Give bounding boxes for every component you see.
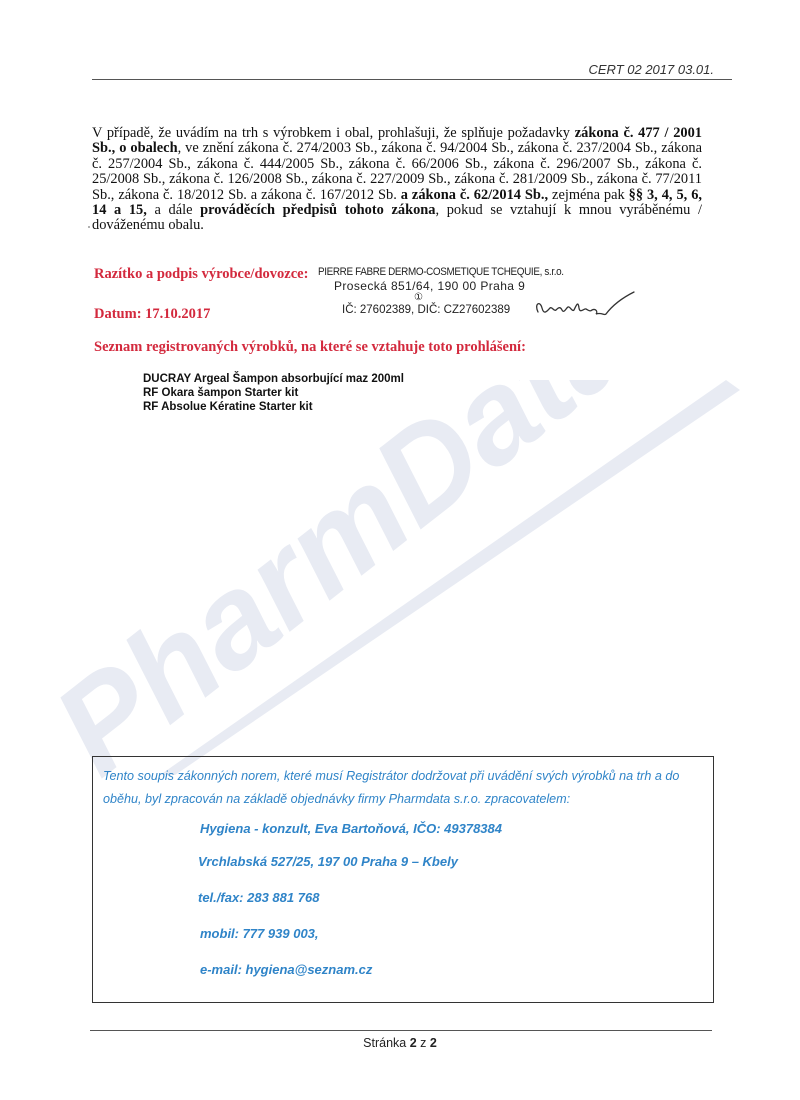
stamp-label: Razítko a podpis výrobce/dovozce: — [94, 266, 308, 283]
date-label: Datum: 17.10.2017 — [94, 306, 210, 323]
footer-rule — [90, 1030, 712, 1031]
product-item: DUCRAY Argeal Šampon absorbující maz 200… — [143, 372, 404, 386]
contact-address: Vrchlabská 527/25, 197 00 Praha 9 – Kbel… — [198, 854, 458, 869]
product-item: RF Absolue Kératine Starter kit — [143, 400, 404, 414]
product-item: RF Okara šampon Starter kit — [143, 386, 404, 400]
page-prefix: Stránka — [363, 1036, 410, 1050]
scan-speck — [88, 226, 90, 228]
declaration-seg-7: prováděcích předpisů tohoto zákona — [200, 202, 435, 218]
stamp-company: PIERRE FABRE DERMO-COSMETIQUE TCHEQUIE, … — [318, 266, 606, 278]
declaration-seg-0: V případě, že uvádím na trh s výrobkem i… — [92, 125, 575, 141]
info-intro: Tento soupis zákonných norem, které musí… — [103, 765, 708, 811]
declaration-seg-6: a dále — [147, 202, 200, 218]
declaration-seg-4: zejména pak — [548, 187, 629, 203]
page-total: 2 — [430, 1036, 437, 1050]
contact-phone: tel./fax: 283 881 768 — [198, 890, 319, 905]
page-current: 2 — [410, 1036, 417, 1050]
product-list-title: Seznam registrovaných výrobků, na které … — [94, 339, 526, 356]
processor-info-box: Tento soupis zákonných norem, které musí… — [92, 756, 714, 1003]
declaration-paragraph: V případě, že uvádím na trh s výrobkem i… — [92, 126, 702, 234]
document-code: CERT 02 2017 03.01. — [588, 62, 714, 77]
contact-mobile: mobil: 777 939 003, — [200, 926, 319, 941]
watermark-text: PharmData s. r. o. — [40, 380, 760, 780]
contact-name: Hygiena - konzult, Eva Bartoňová, IČO: 4… — [200, 821, 502, 836]
product-list: DUCRAY Argeal Šampon absorbující maz 200… — [143, 372, 404, 414]
header-rule — [92, 79, 732, 80]
page-number: Stránka 2 z 2 — [0, 1036, 800, 1050]
contact-email-link[interactable]: e-mail: hygiena@seznam.cz — [200, 962, 372, 977]
watermark-pharmdata: PharmData s. r. o. — [40, 380, 760, 780]
page-separator: z — [417, 1036, 430, 1050]
handwritten-signature-icon — [532, 290, 642, 324]
declaration-seg-3: a zákona č. 62/2014 Sb., — [401, 187, 548, 203]
